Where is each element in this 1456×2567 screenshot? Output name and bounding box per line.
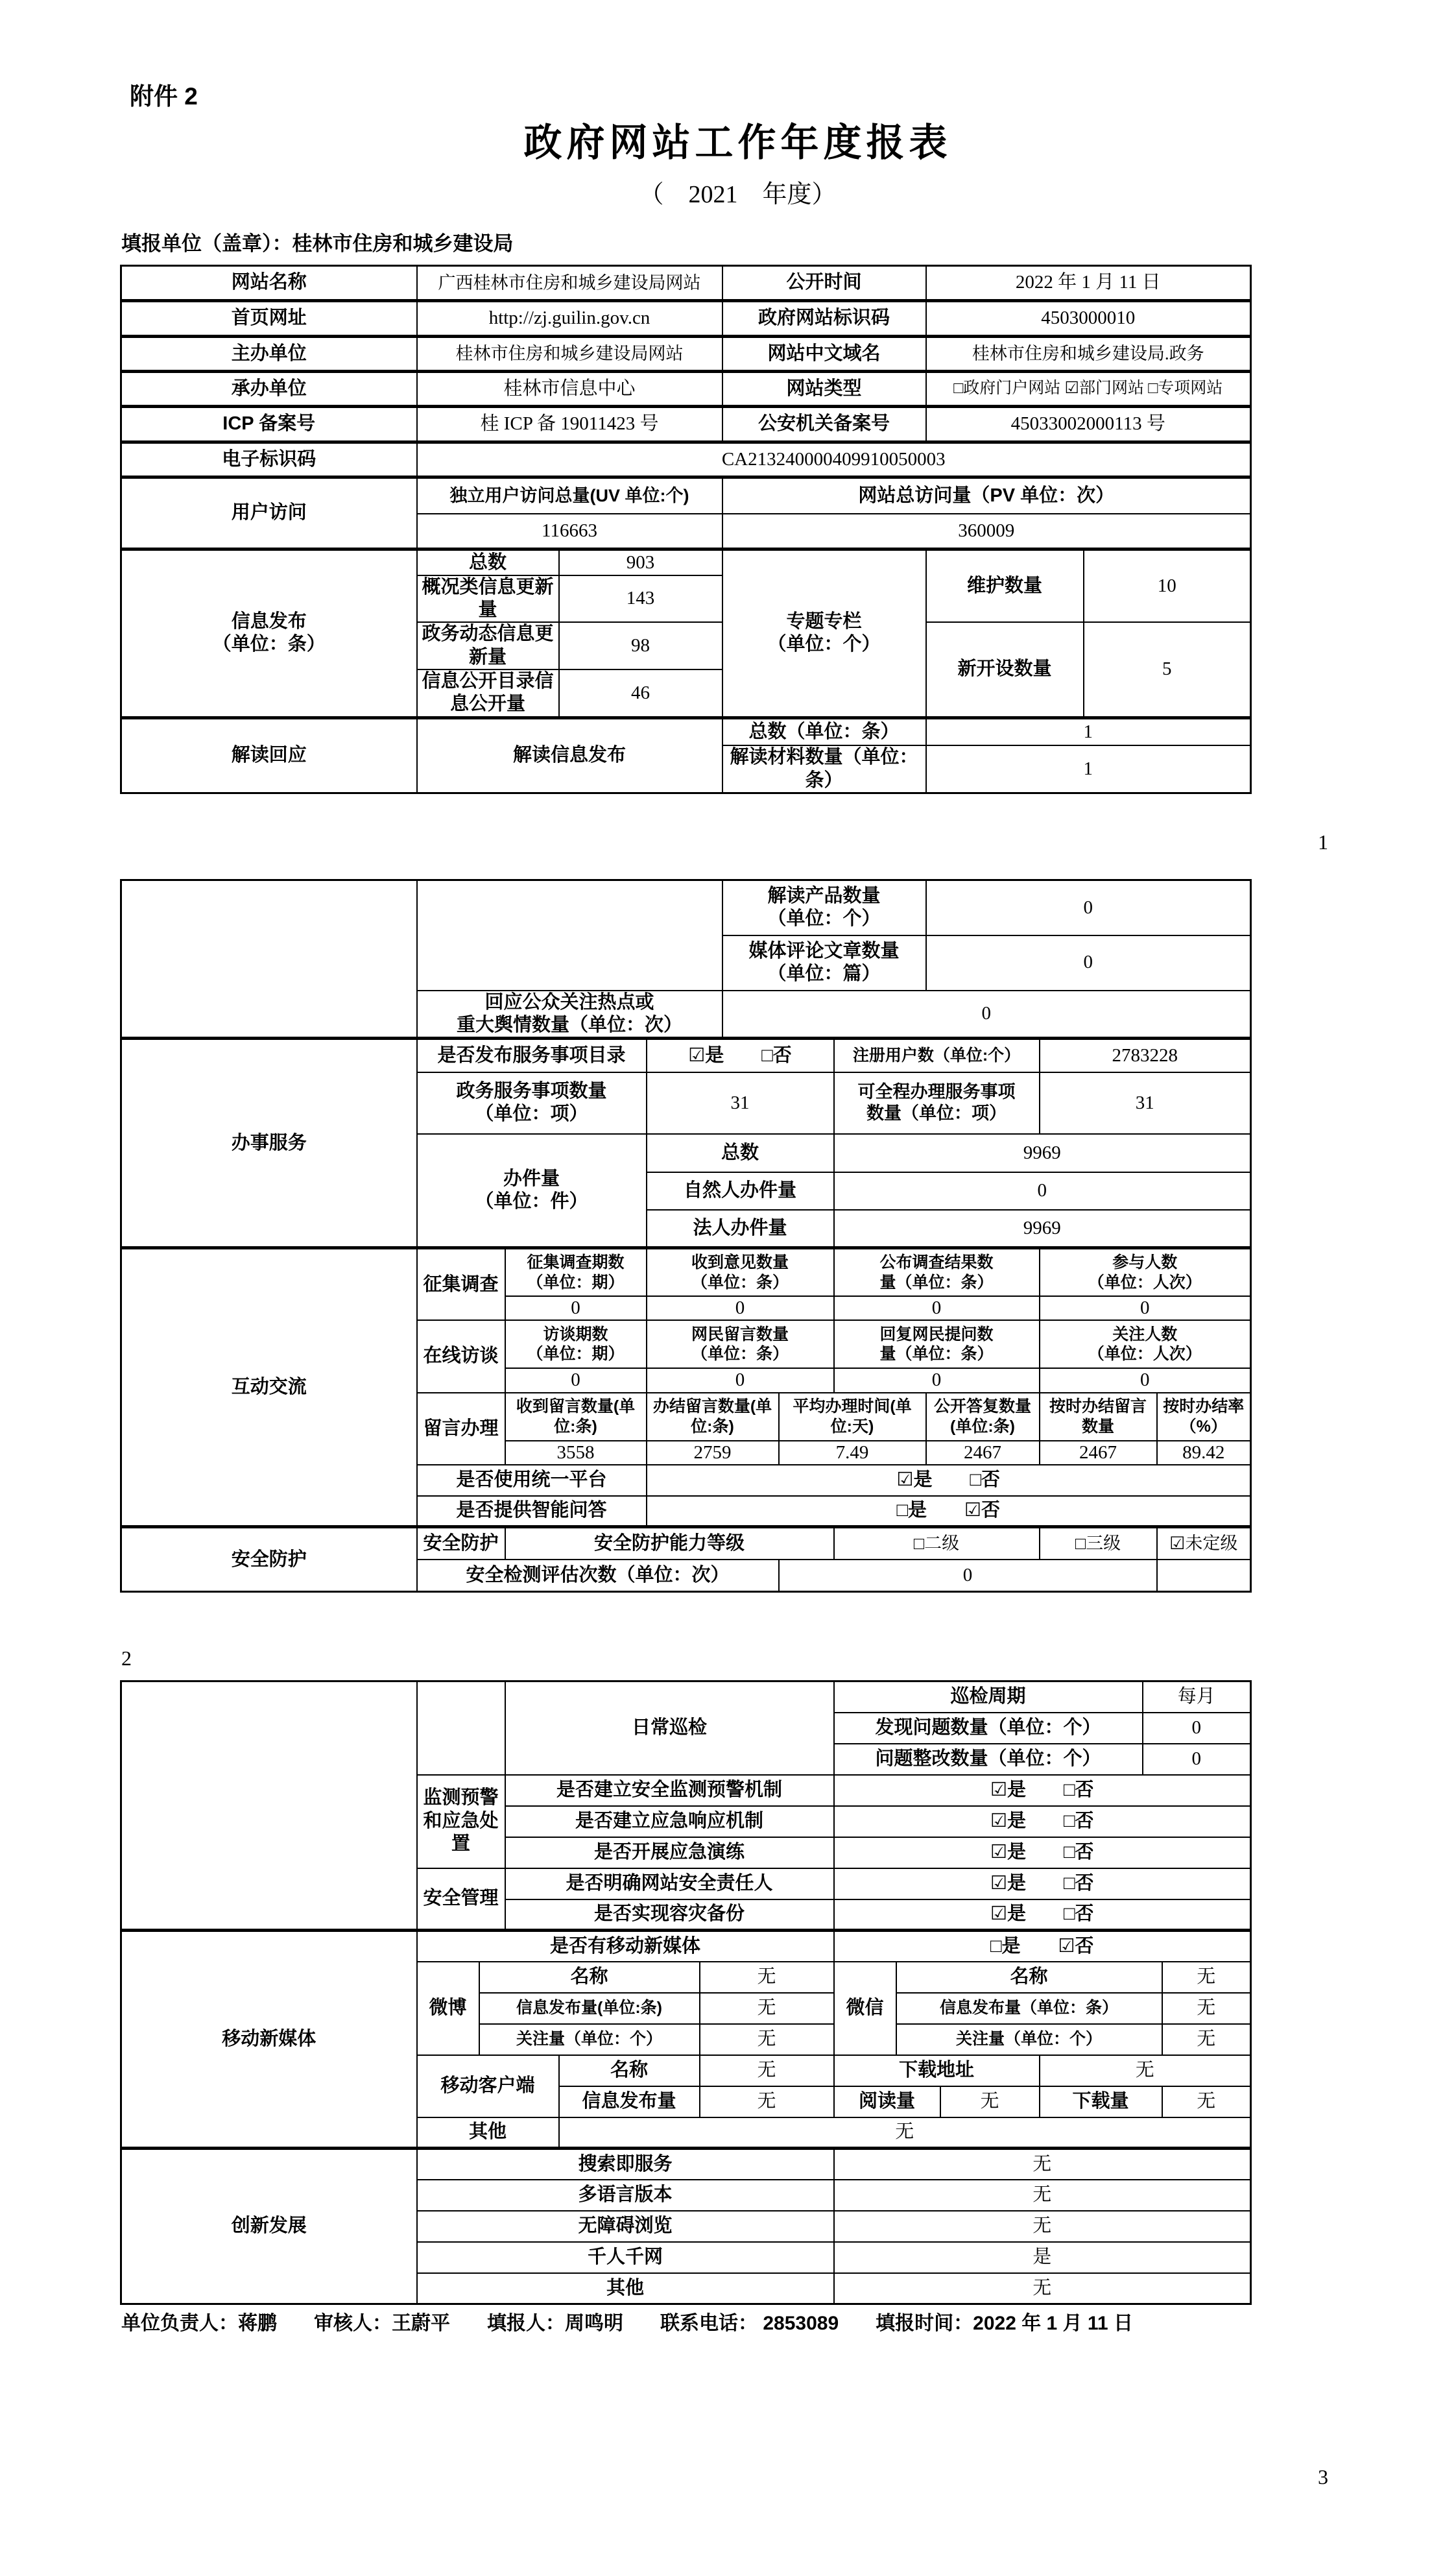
response-subcategory: 解读信息发布 [417, 717, 722, 793]
warning-row-label: 是否开展应急演练 [505, 1837, 834, 1868]
app-download-value: 无 [1040, 2055, 1251, 2086]
message-category: 留言办理 [417, 1393, 505, 1465]
wechat-row-label: 信息发布量（单位：条） [896, 1993, 1162, 2024]
message-header: 办结留言数量(单位:条) [647, 1393, 779, 1441]
innovation-row-value: 无 [834, 2211, 1251, 2242]
icp-label: ICP 备案号 [121, 407, 417, 442]
survey-header: 征集调查期数 （单位：期） [505, 1248, 647, 1296]
app-read-value: 无 [940, 2086, 1040, 2117]
full-process-label: 可全程办理服务事项 数量（单位：项） [834, 1072, 1040, 1134]
inspect-row-value: 0 [1143, 1744, 1251, 1775]
publish-row-value: 98 [559, 622, 722, 669]
weibo-row-label: 信息发布量(单位:条) [479, 1993, 700, 2024]
security-level-option: □三级 [1040, 1527, 1157, 1560]
basic-info-table: 网站名称 广西桂林市住房和城乡建设局网站 公开时间 2022 年 1 月 11 … [120, 265, 1252, 794]
unified-platform-checkboxes: ☑是 □否 [647, 1465, 1251, 1496]
eid-label: 电子标识码 [121, 442, 417, 477]
site-code-value: 4503000010 [926, 301, 1251, 337]
wechat-row-value: 无 [1162, 1993, 1251, 2024]
auditor: 审核人：王蔚平 [314, 2307, 450, 2335]
new-column-value: 5 [1084, 622, 1251, 717]
warning-row-label: 是否建立安全监测预警机制 [505, 1775, 834, 1806]
message-header: 按时办结率（%） [1157, 1393, 1251, 1441]
filler: 填报人：周鸣明 [487, 2307, 623, 2335]
report-year: （ 2021 年度） [120, 174, 1355, 210]
volume-row-label: 自然人办件量 [647, 1172, 834, 1210]
weibo-row-value: 无 [700, 1993, 834, 2024]
weibo-category: 微博 [417, 1962, 479, 2055]
message-header: 收到留言数量(单位:条) [505, 1393, 647, 1441]
survey-header: 参与人数 （单位：人次） [1040, 1248, 1251, 1296]
site-type-label: 网站类型 [722, 372, 926, 407]
unit-head: 单位负责人：蒋鹏 [121, 2307, 277, 2335]
signature-line: 单位负责人：蒋鹏 审核人：王蔚平 填报人：周鸣明 联系电话： 2853089 填… [121, 2307, 1133, 2335]
interview-header: 访谈期数 （单位：期） [505, 1320, 647, 1368]
undertake-unit-label: 承办单位 [121, 372, 417, 407]
site-name-label: 网站名称 [121, 266, 417, 301]
registered-users-value: 2783228 [1040, 1039, 1251, 1072]
police-record-label: 公安机关备案号 [722, 407, 926, 442]
security-media-innovation-table: 日常巡检 巡检周期 每月 发现问题数量（单位：个） 0 问题整改数量（单位：个）… [120, 1680, 1252, 2305]
host-unit-label: 主办单位 [121, 337, 417, 372]
message-value: 7.49 [779, 1441, 926, 1465]
security-level-label: 安全防护能力等级 [505, 1527, 834, 1560]
media-other-label: 其他 [417, 2117, 559, 2149]
wechat-row-value: 无 [1162, 2024, 1251, 2055]
publish-time-value: 2022 年 1 月 11 日 [926, 266, 1251, 301]
response-total-value: 1 [926, 717, 1251, 745]
interpret-row-value: 0 [926, 935, 1251, 991]
inspect-row-label: 发现问题数量（单位：个） [834, 1713, 1143, 1744]
daily-inspect-category: 日常巡检 [505, 1681, 834, 1775]
service-directory-label: 是否发布服务事项目录 [417, 1039, 647, 1072]
registered-users-label: 注册用户数（单位:个） [834, 1039, 1040, 1072]
message-header: 公开答复数量(单位:条) [926, 1393, 1040, 1441]
app-name-label: 名称 [559, 2055, 700, 2086]
service-directory-checkboxes: ☑是 □否 [647, 1039, 834, 1072]
warning-row-checkboxes: ☑是 □否 [834, 1775, 1251, 1806]
report-page: { "page": { "attachment": "附件 2", "title… [0, 0, 1456, 2567]
interview-value: 0 [1040, 1368, 1251, 1392]
app-download-label: 下载地址 [834, 2055, 1040, 2086]
cn-domain-value: 桂林市住房和城乡建设局.政务 [926, 337, 1251, 372]
site-code-label: 政府网站标识码 [722, 301, 926, 337]
publish-time-label: 公开时间 [722, 266, 926, 301]
weibo-row-label: 名称 [479, 1962, 700, 1993]
security-subcategory: 安全防护 [417, 1527, 505, 1560]
interview-category: 在线访谈 [417, 1320, 505, 1392]
publish-row-value: 46 [559, 669, 722, 717]
innovation-row-label: 其他 [417, 2273, 834, 2304]
message-header: 平均办理时间(单位:天) [779, 1393, 926, 1441]
innovation-category: 创新发展 [121, 2149, 417, 2304]
volume-category: 办件量 （单位：件） [417, 1134, 647, 1248]
volume-row-label: 总数 [647, 1134, 834, 1172]
empty-cell [121, 1681, 417, 1931]
inspect-row-label: 问题整改数量（单位：个） [834, 1744, 1143, 1775]
publish-row-label: 总数 [417, 549, 559, 575]
inspect-row-value: 0 [1143, 1713, 1251, 1744]
smart-qa-checkboxes: □是 ☑否 [647, 1496, 1251, 1527]
innovation-row-value: 是 [834, 2242, 1251, 2273]
innovation-row-label: 无障碍浏览 [417, 2211, 834, 2242]
innovation-row-value: 无 [834, 2149, 1251, 2180]
interpret-row-label: 解读产品数量 （单位：个） [722, 880, 926, 935]
survey-header: 收到意见数量 （单位：条） [647, 1248, 834, 1296]
full-process-value: 31 [1040, 1072, 1251, 1134]
survey-value: 0 [647, 1296, 834, 1320]
publish-row-value: 143 [559, 575, 722, 623]
interview-header: 关注人数 （单位：人次） [1040, 1320, 1251, 1368]
volume-row-value: 9969 [834, 1134, 1251, 1172]
service-category: 办事服务 [121, 1039, 417, 1248]
innovation-row-label: 千人千网 [417, 2242, 834, 2273]
app-downloadcount-value: 无 [1162, 2086, 1251, 2117]
media-other-value: 无 [559, 2117, 1251, 2149]
response-total-label: 总数（单位：条） [722, 717, 926, 745]
weibo-row-value: 无 [700, 1962, 834, 1993]
management-row-checkboxes: ☑是 □否 [834, 1868, 1251, 1899]
unified-platform-label: 是否使用统一平台 [417, 1465, 647, 1496]
innovation-row-label: 多语言版本 [417, 2180, 834, 2211]
eid-value: CA213240000409910050003 [417, 442, 1251, 477]
smart-qa-label: 是否提供智能问答 [417, 1496, 647, 1527]
management-row-label: 是否明确网站安全责任人 [505, 1868, 834, 1899]
volume-row-value: 0 [834, 1172, 1251, 1210]
volume-row-value: 9969 [834, 1210, 1251, 1248]
has-media-label: 是否有移动新媒体 [417, 1931, 834, 1962]
icp-value: 桂 ICP 备 19011423 号 [417, 407, 722, 442]
interpret-row-value: 0 [926, 880, 1251, 935]
security-level-option: □二级 [834, 1527, 1040, 1560]
interview-header: 回复网民提问数 量（单位：条） [834, 1320, 1040, 1368]
pv-value: 360009 [722, 514, 1251, 549]
innovation-row-value: 无 [834, 2273, 1251, 2304]
security-check-label: 安全检测评估次数（单位：次） [417, 1560, 779, 1592]
site-type-checkboxes: □政府门户网站 ☑部门网站 □专项网站 [926, 372, 1251, 407]
security-level-option: ☑未定级 [1157, 1527, 1251, 1560]
app-publish-label: 信息发布量 [559, 2086, 700, 2117]
publish-row-value: 903 [559, 549, 722, 575]
visits-category: 用户访问 [121, 477, 417, 549]
hotspot-value: 0 [722, 991, 1251, 1039]
attachment-label: 附件 2 [130, 77, 198, 112]
management-row-label: 是否实现容灾备份 [505, 1899, 834, 1931]
publish-category: 信息发布 （单位：条） [121, 549, 417, 718]
survey-category: 征集调查 [417, 1248, 505, 1320]
interview-value: 0 [647, 1368, 834, 1392]
app-read-label: 阅读量 [834, 2086, 940, 2117]
page-number: 1 [1318, 830, 1328, 854]
warning-row-checkboxes: ☑是 □否 [834, 1806, 1251, 1837]
special-column-category: 专题专栏 （单位：个） [722, 549, 926, 718]
maintain-count-value: 10 [1084, 549, 1251, 623]
volume-row-label: 法人办件量 [647, 1210, 834, 1248]
message-value: 2467 [926, 1441, 1040, 1465]
survey-value: 0 [1040, 1296, 1251, 1320]
wechat-row-value: 无 [1162, 1962, 1251, 1993]
response-material-label: 解读材料数量（单位：条） [722, 745, 926, 793]
interview-value: 0 [505, 1368, 647, 1392]
message-value: 89.42 [1157, 1441, 1251, 1465]
app-downloadcount-label: 下载量 [1040, 2086, 1162, 2117]
survey-value: 0 [834, 1296, 1040, 1320]
security-category: 安全防护 [121, 1527, 417, 1592]
site-name-value: 广西桂林市住房和城乡建设局网站 [417, 266, 722, 301]
app-category: 移动客户端 [417, 2055, 559, 2117]
pv-label: 网站总访问量（PV 单位：次） [722, 477, 1251, 514]
app-publish-value: 无 [700, 2086, 834, 2117]
undertake-unit-value: 桂林市信息中心 [417, 372, 722, 407]
reporting-unit-line: 填报单位（盖章）：桂林市住房和城乡建设局 [121, 227, 514, 256]
empty-cell [121, 880, 417, 1039]
publish-row-label: 政务动态信息更新量 [417, 622, 559, 669]
innovation-row-value: 无 [834, 2180, 1251, 2211]
maintain-count-label: 维护数量 [926, 549, 1084, 623]
page-number: 3 [1318, 2465, 1328, 2489]
home-url-value: http://zj.guilin.gov.cn [417, 301, 722, 337]
survey-value: 0 [505, 1296, 647, 1320]
publish-row-label: 概况类信息更新量 [417, 575, 559, 623]
survey-header: 公布调查结果数 量（单位：条） [834, 1248, 1040, 1296]
uv-value: 116663 [417, 514, 722, 549]
fill-time: 填报时间：2022 年 1 月 11 日 [876, 2307, 1133, 2335]
wechat-category: 微信 [834, 1962, 896, 2055]
inspect-cycle-label: 巡检周期 [834, 1681, 1143, 1713]
inspect-cycle-value: 每月 [1143, 1681, 1251, 1713]
warning-row-label: 是否建立应急响应机制 [505, 1806, 834, 1837]
cn-domain-label: 网站中文域名 [722, 337, 926, 372]
response-category: 解读回应 [121, 717, 417, 793]
management-category: 安全管理 [417, 1868, 505, 1931]
new-column-label: 新开设数量 [926, 622, 1084, 717]
empty-cell [417, 880, 722, 991]
app-name-value: 无 [700, 2055, 834, 2086]
wechat-row-label: 关注量（单位：个） [896, 2024, 1162, 2055]
innovation-row-label: 搜索即服务 [417, 2149, 834, 2180]
service-interaction-table: 解读产品数量 （单位：个） 0 媒体评论文章数量 （单位：篇） 0 回应公众关注… [120, 879, 1252, 1593]
interact-category: 互动交流 [121, 1248, 417, 1527]
response-material-value: 1 [926, 745, 1251, 793]
home-url-label: 首页网址 [121, 301, 417, 337]
security-check-value: 0 [779, 1560, 1157, 1592]
host-unit-value: 桂林市住房和城乡建设局网站 [417, 337, 722, 372]
wechat-row-label: 名称 [896, 1962, 1162, 1993]
page-number: 2 [121, 1646, 132, 1670]
message-value: 3558 [505, 1441, 647, 1465]
service-items-value: 31 [647, 1072, 834, 1134]
interpret-row-label: 媒体评论文章数量 （单位：篇） [722, 935, 926, 991]
interview-value: 0 [834, 1368, 1040, 1392]
page-title: 政府网站工作年度报表 [120, 112, 1355, 167]
warning-category: 监测预警和应急处置 [417, 1775, 505, 1868]
interview-header: 网民留言数量 （单位：条） [647, 1320, 834, 1368]
media-category: 移动新媒体 [121, 1931, 417, 2149]
weibo-row-value: 无 [700, 2024, 834, 2055]
message-value: 2467 [1040, 1441, 1157, 1465]
uv-label: 独立用户访问总量(UV 单位:个) [417, 477, 722, 514]
warning-row-checkboxes: ☑是 □否 [834, 1837, 1251, 1868]
hotspot-label: 回应公众关注热点或 重大舆情数量（单位：次） [417, 991, 722, 1039]
publish-row-label: 信息公开目录信息公开量 [417, 669, 559, 717]
management-row-checkboxes: ☑是 □否 [834, 1899, 1251, 1931]
service-items-label: 政务服务事项数量 （单位：项） [417, 1072, 647, 1134]
message-header: 按时办结留言数量 [1040, 1393, 1157, 1441]
has-media-checkboxes: □是 ☑否 [834, 1931, 1251, 1962]
police-record-value: 45033002000113 号 [926, 407, 1251, 442]
contact-phone: 联系电话： 2853089 [660, 2307, 839, 2335]
message-value: 2759 [647, 1441, 779, 1465]
empty-cell [417, 1681, 505, 1775]
weibo-row-label: 关注量（单位：个） [479, 2024, 700, 2055]
